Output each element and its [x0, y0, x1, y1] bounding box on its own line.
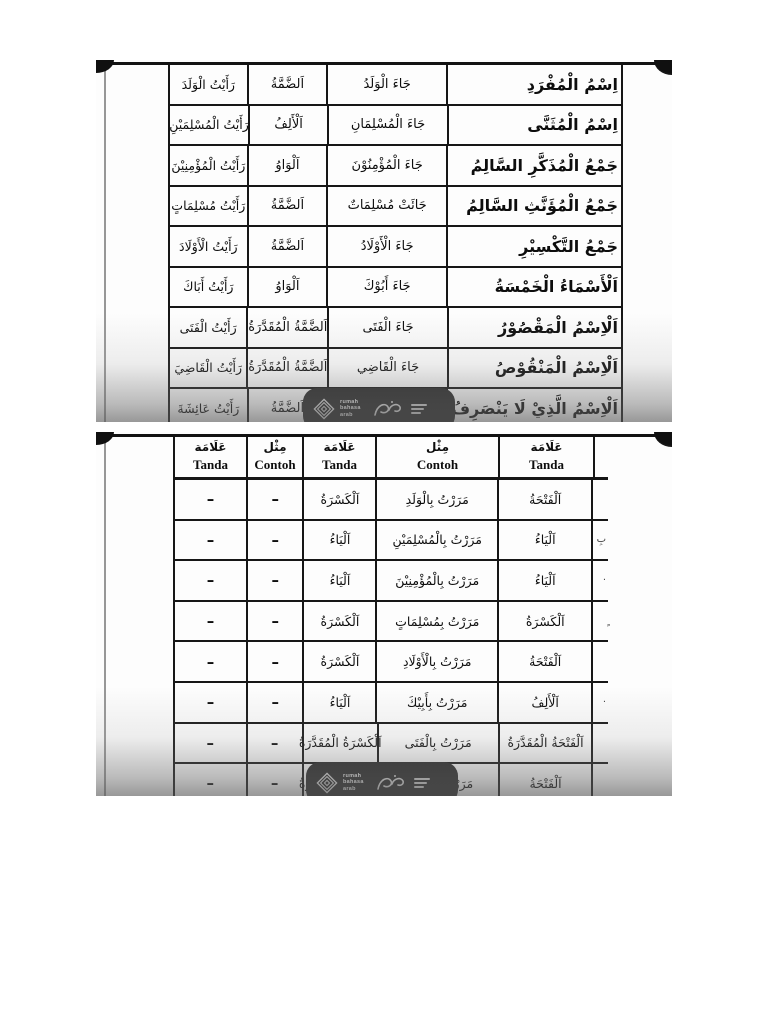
table-row: رَأَيْتُ الْقَاضِيَ اَلضَّمَّةُ الْمُقَد… [168, 349, 623, 390]
irab-sign-cell: اَلْكَسْرَةُ [499, 602, 593, 641]
table-row: رَأَيْتُ الْأَوْلَادَ اَلضَّمَّةُ جَاءَ … [168, 227, 623, 268]
irab-sign-cell: اَلْوَاوُ [249, 268, 329, 307]
contoh-empty-cell: – [248, 480, 304, 519]
noun-type-label-cell: جَمْعُ الْمُؤَنَّثِ السَّالِمُ [448, 187, 623, 226]
jarr-example-cell: مَرَرْتُ بِأَبِيْكَ [377, 683, 499, 722]
document-page: رَأَيْتُ الْوَلَدَ اَلضَّمَّةُ جَاءَ الْ… [0, 0, 768, 1024]
nasb-example-cell: رَأَيْتُ الْأَوْلَادَ [170, 227, 249, 266]
clipped-edge-cell [593, 642, 608, 681]
noun-type-label-cell: اِسْمُ الْمُثَنَّى [449, 106, 623, 145]
irab-sign-cell: اَلْكَسْرَةُ [304, 480, 377, 519]
table-row: رَأَيْتُ الْفَتَى اَلضَّمَّةُ الْمُقَدَّ… [168, 308, 623, 349]
clipped-edge-cell [593, 764, 608, 796]
table-row: رَأَيْتُ الْمُسْلِمَيْنِ اَلْأَلِفُ جَاء… [168, 106, 623, 147]
nasb-example-cell: رَأَيْتُ عَائِشَةَ [170, 389, 249, 422]
clipped-edge-cell: بِ [593, 521, 608, 560]
noun-type-label-cell: اِسْمُ الْمُفْرَدِ [448, 65, 623, 104]
arabic-calligraphy-icon [375, 772, 409, 794]
rafa-example-cell: جَاءَ الْفَتَى [329, 308, 448, 347]
scan-image-top: رَأَيْتُ الْوَلَدَ اَلضَّمَّةُ جَاءَ الْ… [96, 60, 672, 422]
irab-sign-cell: اَلْيَاءُ [304, 521, 377, 560]
header-cell: مِثْل Contoh [377, 437, 500, 477]
rafa-example-cell: جَاءَ الْمُسْلِمَانِ [329, 106, 448, 145]
noun-type-label-cell: اَلْاِسْمُ الْمَقْصُوْرُ [449, 308, 623, 347]
nasb-example-cell: رَأَيْتُ الْفَتَى [170, 308, 248, 347]
table-row: – – اَلْيَاءُ مَرَرْتُ بِالْمُسْلِمَيْنِ… [173, 521, 608, 562]
watermark-brand-text: rumah bahasa arab [340, 400, 361, 419]
header-arabic-label: عَلَامَة [323, 441, 355, 454]
tanda-empty-cell: – [175, 683, 248, 722]
tanda-empty-cell: – [175, 724, 248, 763]
page-corner-mark [96, 60, 114, 73]
clipped-edge-cell: · [593, 683, 608, 722]
diamond-gem-icon [313, 398, 335, 420]
table-row: – – اَلْكَسْرَةُ الْمُقَدَّرَةُ مَرَرْتُ… [173, 724, 608, 765]
tanda-empty-cell: – [175, 561, 248, 600]
irab-sign-cell: اَلْيَاءُ [304, 561, 377, 600]
irab-sign-cell: اَلْفَتْحَةُ [499, 642, 593, 681]
nasb-example-cell: رَأَيْتُ الْمُسْلِمَيْنِ [170, 106, 250, 145]
rafa-example-cell: جَاءَ الْقَاضِي [329, 349, 448, 388]
clipped-edge-cell: · [593, 561, 608, 600]
scan-image-bottom: عَلَامَة Tanda مِثْل Contoh عَلَامَة Tan… [96, 432, 672, 796]
irab-sign-cell: اَلْوَاوُ [249, 146, 329, 185]
contoh-empty-cell: – [248, 683, 304, 722]
contoh-empty-cell: – [248, 642, 304, 681]
nasb-example-cell: رَأَيْتُ الْقَاضِيَ [170, 349, 248, 388]
header-latin-label: Contoh [417, 457, 458, 473]
watermark-brand-text: rumah bahasa arab [343, 774, 364, 793]
contoh-empty-cell: – [248, 764, 304, 796]
header-cell: عَلَامَة Tanda [175, 437, 248, 477]
tanda-empty-cell: – [175, 521, 248, 560]
table-row: رَأَيْتُ الْمُؤْمِنِيْنَ اَلْوَاوُ جَاءَ… [168, 146, 623, 187]
nasb-example-cell: رَأَيْتُ الْمُؤْمِنِيْنَ [170, 146, 249, 185]
watermark-small-text [414, 778, 430, 788]
clipped-header-cell [595, 437, 608, 477]
contoh-empty-cell: – [248, 521, 304, 560]
header-cells: عَلَامَة Tanda مِثْل Contoh عَلَامَة Tan… [175, 437, 595, 477]
noun-type-label-cell: جَمْعُ الْمُذَكَّرِ السَّالِمُ [448, 146, 623, 185]
jarr-example-cell: مَرَرْتُ بِالْأَوْلَادِ [377, 642, 499, 681]
irab-sign-cell: اَلضَّمَّةُ [249, 187, 329, 226]
table-body: رَأَيْتُ الْوَلَدَ اَلضَّمَّةُ جَاءَ الْ… [168, 65, 623, 422]
irab-sign-cell: اَلْكَسْرَةُ [304, 642, 377, 681]
scan-left-edge [104, 63, 106, 422]
irab-sign-cell: اَلْفَتْحَةُ الْمُقَدَّرَةُ [500, 724, 594, 763]
irab-sign-cell: اَلْكَسْرَةُ [304, 602, 377, 641]
watermark-badge: rumah bahasa arab [306, 762, 458, 796]
clipped-edge-cell [593, 724, 608, 763]
irab-sign-cell: اَلْفَتْحَةُ [500, 764, 594, 796]
table-row: – – اَلْكَسْرَةُ مَرَرْتُ بِمُسْلِمَاتٍ … [173, 602, 608, 643]
tanda-empty-cell: – [175, 764, 248, 796]
table-row: رَأَيْتُ الْوَلَدَ اَلضَّمَّةُ جَاءَ الْ… [168, 65, 623, 106]
irab-sign-cell: اَلْأَلِفُ [499, 683, 593, 722]
contoh-empty-cell: – [248, 561, 304, 600]
header-arabic-label: مِثْل [426, 441, 449, 454]
table-row: – – اَلْيَاءُ مَرَرْتُ بِالْمُؤْمِنِيْنَ… [173, 561, 608, 602]
table-body: – – اَلْكَسْرَةُ مَرَرْتُ بِالْوَلَدِ اَ… [173, 480, 608, 796]
irab-sign-cell: اَلْيَاءُ [499, 521, 593, 560]
nasb-example-cell: رَأَيْتُ مُسْلِمَاتٍ [170, 187, 249, 226]
irab-sign-cell: اَلضَّمَّةُ [249, 227, 329, 266]
noun-type-label-cell: جَمْعُ التَّكْسِيْرِ [448, 227, 623, 266]
header-latin-label: Tanda [193, 457, 228, 473]
rafa-example-cell: جَائَتْ مُسْلِمَاتٌ [328, 187, 448, 226]
tanda-empty-cell: – [175, 642, 248, 681]
irab-sign-cell: اَلضَّمَّةُ الْمُقَدَّرَةُ [248, 349, 329, 388]
header-latin-label: Contoh [254, 457, 295, 473]
nasb-example-cell: رَأَيْتُ أَبَاكَ [170, 268, 249, 307]
irab-sign-cell: اَلْيَاءُ [304, 683, 377, 722]
nasb-example-cell: رَأَيْتُ الْوَلَدَ [170, 65, 249, 104]
page-corner-mark [96, 432, 114, 445]
watermark-small-text [411, 404, 427, 414]
contoh-empty-cell: – [248, 602, 304, 641]
jarr-example-cell: مَرَرْتُ بِمُسْلِمَاتٍ [377, 602, 499, 641]
contoh-empty-cell: – [248, 724, 304, 763]
irab-sign-cell: اَلْأَلِفُ [250, 106, 329, 145]
clipped-edge-cell [593, 480, 608, 519]
noun-type-label-cell: اَلْاِسْمُ الْمَنْقُوْصُ [449, 349, 623, 388]
brand-line: arab [340, 413, 361, 419]
header-arabic-label: عَلَامَة [530, 441, 562, 454]
rafa-example-cell: جَاءَ الْأَوْلَادُ [328, 227, 448, 266]
header-arabic-label: عَلَامَة [194, 441, 226, 454]
jarr-example-cell: مَرَرْتُ بِالْمُسْلِمَيْنِ [377, 521, 499, 560]
irab-sign-cell: اَلْكَسْرَةُ الْمُقَدَّرَةُ [304, 724, 379, 763]
rafa-example-cell: جَاءَ الْمُؤْمِنُوْنَ [328, 146, 448, 185]
jarr-example-cell: مَرَرْتُ بِالْمُؤْمِنِيْنَ [377, 561, 499, 600]
jarr-example-cell: مَرَرْتُ بِالْوَلَدِ [377, 480, 499, 519]
page-corner-mark [654, 432, 672, 447]
watermark-badge: rumah bahasa arab [303, 388, 455, 422]
irab-sign-cell: اَلْفَتْحَةُ [499, 480, 593, 519]
header-latin-label: Tanda [322, 457, 357, 473]
header-cell: عَلَامَة Tanda [304, 437, 377, 477]
brand-line: arab [343, 787, 364, 793]
noun-type-label-cell: اَلْاِسْمُ الَّذِيْ لَا يَنْصَرِفُ [448, 389, 623, 422]
header-cell: عَلَامَة Tanda [500, 437, 595, 477]
noun-type-label-cell: اَلْأَسْمَاءُ الْخَمْسَةُ [448, 268, 623, 307]
rafa-example-cell: جَاءَ الْوَلَدُ [328, 65, 448, 104]
brand-line: bahasa [340, 406, 361, 412]
table-row: – – اَلْيَاءُ مَرَرْتُ بِأَبِيْكَ اَلْأَ… [173, 683, 608, 724]
header-arabic-label: مِثْل [263, 441, 286, 454]
table-header-row: عَلَامَة Tanda مِثْل Contoh عَلَامَة Tan… [173, 437, 608, 480]
header-cell: مِثْل Contoh [248, 437, 304, 477]
irab-sign-cell: اَلْيَاءُ [499, 561, 593, 600]
irab-sign-cell: اَلضَّمَّةُ [249, 65, 329, 104]
irab-sign-cell: اَلضَّمَّةُ الْمُقَدَّرَةُ [248, 308, 329, 347]
arabic-calligraphy-icon [372, 398, 406, 420]
rafa-example-cell: جَاءَ أَبُوْكَ [328, 268, 448, 307]
irab-noun-types-table: رَأَيْتُ الْوَلَدَ اَلضَّمَّةُ جَاءَ الْ… [168, 65, 623, 422]
brand-line: bahasa [343, 780, 364, 786]
scan-left-edge [104, 435, 106, 796]
tanda-empty-cell: – [175, 602, 248, 641]
table-row: – – اَلْكَسْرَةُ مَرَرْتُ بِالْوَلَدِ اَ… [173, 480, 608, 521]
diamond-gem-icon [316, 772, 338, 794]
tanda-empty-cell: – [175, 480, 248, 519]
table-row: – – اَلْكَسْرَةُ مَرَرْتُ بِالْأَوْلَادِ… [173, 642, 608, 683]
table-row: رَأَيْتُ أَبَاكَ اَلْوَاوُ جَاءَ أَبُوْك… [168, 268, 623, 309]
header-latin-label: Tanda [529, 457, 564, 473]
jarr-example-cell: مَرَرْتُ بِالْفَتَى [379, 724, 500, 763]
clipped-edge-cell: ٍ [593, 602, 608, 641]
page-corner-mark [654, 60, 672, 75]
table-row: رَأَيْتُ مُسْلِمَاتٍ اَلضَّمَّةُ جَائَتْ… [168, 187, 623, 228]
irab-signs-table: عَلَامَة Tanda مِثْل Contoh عَلَامَة Tan… [173, 437, 608, 796]
